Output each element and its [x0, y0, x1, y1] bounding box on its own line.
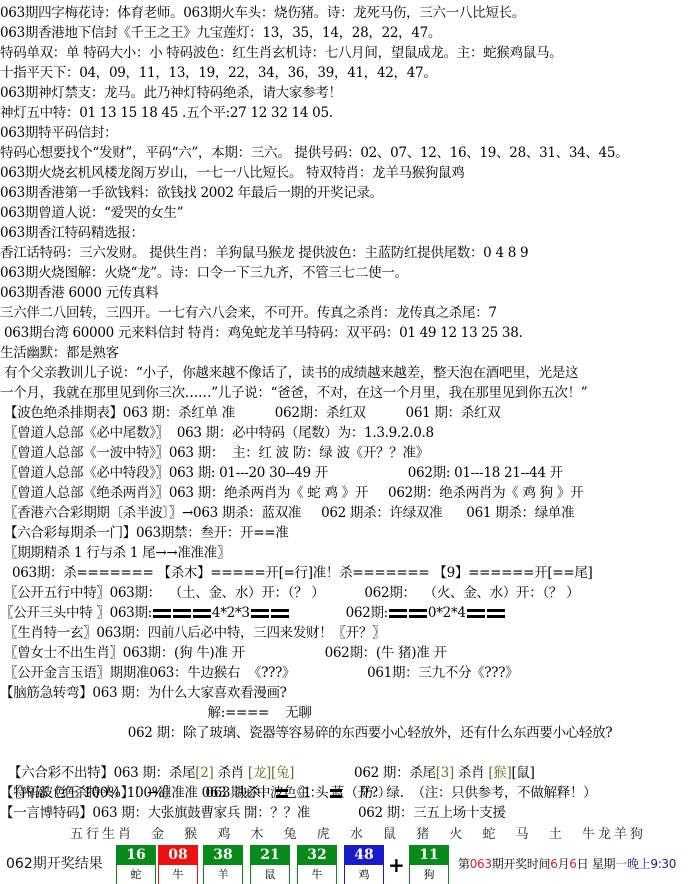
text-line: 〖曾道人总部《必中特段》〗063 期: 01---20 30--49 开 062… — [0, 463, 563, 483]
buchute-062-zodiac-1: [猴] — [488, 765, 511, 781]
ball-number: 08 — [159, 846, 197, 865]
text-line: 十指平天下：04，09，11，13，19，22，34，36，39，41，42，4… — [0, 63, 437, 83]
text-line: 特码心想要找个“发财”，平码“六”，本期：三六。 提供号码：02、07、12、1… — [0, 143, 628, 163]
black-bar-icon — [173, 609, 191, 618]
ball-zodiac: 蛇 — [117, 865, 155, 884]
result-ball: 16蛇 — [116, 845, 156, 884]
text-line: 〖公开金言玉语〗期期准063：牛边猴右 《???》 061期：三九不分《???》 — [0, 663, 518, 683]
result-ball: 11狗 — [409, 845, 449, 884]
text-line: 〖曾道人总部《必中尾数》〗 063 期：必中特码（尾数）为：1.3.9.2.0.… — [0, 423, 434, 443]
text-line: 有个父亲教训儿子说：“小子，你越来越不像话了，读书的成绩越来越差，整天泡在酒吧里… — [0, 363, 578, 383]
text-line: 063期四字梅花诗：体育老师。063期火车头：烧伤猪。诗：龙死马伤，三六一八比短… — [0, 3, 525, 23]
text-line: 063期香港第一手欲钱料：欲钱找 2002 年最后一期的开奖记录。 — [0, 183, 383, 203]
buchute-062-zodiac-label: 杀肖 — [454, 765, 488, 781]
ball-number: 11 — [410, 846, 448, 865]
text-line: 【六合彩每期杀一门】063期禁：叁开：开==准 — [0, 523, 288, 543]
next-draw-weekday: 一 — [615, 857, 627, 871]
black-bar-icon — [330, 789, 342, 798]
ball-zodiac: 羊 — [204, 865, 242, 884]
next-draw-prefix: 第 — [458, 857, 470, 871]
month-label: 月 — [558, 857, 570, 871]
text-line: 063期神灯禁支：龙马。此乃神灯特码绝杀，请大家参考！ — [0, 83, 342, 103]
ball-number: 38 — [204, 846, 242, 865]
black-bar-icon — [276, 789, 288, 798]
next-draw-info: 第063期开奖时间6月6日 星期一晚上9:30 — [458, 855, 676, 872]
black-bar-icon — [389, 609, 407, 618]
next-draw-time-label: 期开奖时间 — [492, 857, 551, 871]
black-bar-icon — [271, 609, 289, 618]
black-bar-icon — [409, 609, 427, 618]
text-line: 解:==== 无聊 — [0, 703, 311, 723]
sanshou-062-value: 0*2*4 — [428, 605, 466, 621]
text-line: 063期曾道人说：“爱哭的女生” — [0, 203, 183, 223]
text-line: 063期特平码信封： — [0, 123, 117, 143]
text-line: 〖曾道人总部《绝杀两肖》〗063 期：绝杀两肖为《 蛇 鸡 》开 062期：绝杀… — [0, 483, 583, 503]
text-line: 063期香港地下信封《千王之王》九宝莲灯：13，35，14，28，22，47。 — [0, 23, 441, 43]
sanshou-062-label: 062期: — [290, 605, 388, 621]
line-neibu: 〖内部（绝杀特头）100%〗 063 决杀：《1 头（开?） — [0, 763, 391, 803]
weekday-label: 日 星期 — [577, 857, 616, 871]
next-draw-period: 063 — [470, 857, 492, 871]
text-line: 〖期期精杀 1 行与杀 1 尾→→准准准〗 — [0, 543, 230, 563]
plus-icon: + — [388, 853, 405, 877]
result-ball: 08牛 — [158, 845, 198, 884]
buchute-062-zodiac-2: [鼠] — [511, 765, 534, 781]
draw-results-bar: 062期开奖结果 16蛇08牛38羊21鼠32牛48鸡11狗 + 第063期开奖… — [0, 841, 688, 884]
text-line: 〖公开五行中特〗063期： （土、金、水）开：（？ ） 062期： （火、金、水… — [0, 583, 579, 603]
text-line: 063期火烧图解：火烧“龙”。诗：口令一下三九齐，不管三七二使一。 — [0, 263, 408, 283]
next-draw-day: 6 — [569, 857, 576, 871]
text-line: 神灯五中特：01 13 15 18 45 .五个平:27 12 32 14 05… — [0, 103, 333, 123]
text-line: 063期火烧玄机风楼龙阁万岁山，一七一八比短长。 特双特肖：龙羊马猴狗鼠鸡 — [0, 163, 464, 183]
result-ball: 48鸡 — [344, 845, 384, 884]
ball-number: 21 — [251, 846, 289, 865]
neibu-head: 《1 头 — [290, 785, 329, 801]
text-line: 063期香港 6000 元传真料 — [0, 283, 158, 303]
text-line: 063期香江特码精选报： — [0, 223, 144, 243]
results-title: 062期开奖结果 — [6, 853, 103, 873]
ball-zodiac: 鸡 — [345, 865, 383, 884]
neibu-label: 〖内部（绝杀特头）100%〗 063 决杀： — [8, 785, 274, 801]
article-content: 063期开奖日期为 2016 年 06 月 06 日（星期一）如有改变， ?另行… — [0, 0, 688, 840]
line-sanshou: 〖公开三头中特 〗063期:4*2*3 062期:0*2*4 — [0, 603, 506, 623]
result-ball: 21鼠 — [250, 845, 290, 884]
text-line: 〖曾道人总部《一波中特》〗063 期： 主：红 波 防：绿 波《开？？准》 — [0, 443, 429, 463]
text-line: 生活幽默：都是熟客 — [0, 343, 119, 363]
text-line: 三六伴二八回转，三四开。一七有六八会来，不可开。传真之杀肖：龙传真之杀尾：7 — [0, 303, 497, 323]
black-bar-icon — [153, 609, 171, 618]
black-bar-icon — [193, 609, 211, 618]
ball-zodiac: 狗 — [410, 865, 448, 884]
black-bar-icon — [251, 609, 269, 618]
black-bar-icon — [487, 609, 505, 618]
text-line: 062 期：除了玻璃、瓷器等容易碎的东西要小心轻放外，还有什么东西要小心轻放? — [0, 723, 612, 743]
next-draw-month: 6 — [550, 857, 557, 871]
wuxing-zodiac-row-cut: 五行生肖 金 猴 鸡 木 兔 虎 水 鼠 猪 火 蛇 马 土 牛龙羊狗 — [70, 828, 646, 842]
text-line: 一个月，我就在那里见到你三次……”儿子说：“爸爸，不对，在这一个月里，我在那里见… — [0, 383, 587, 403]
text-line: 香江话特码：三六发财。 提供生肖：羊狗鼠马猴龙 提供波色：主蓝防红提供尾数：0 … — [0, 243, 528, 263]
ball-zodiac: 牛 — [298, 865, 336, 884]
text-line: 063期：杀======= 【杀木】=====开[=行]准！杀======= 【… — [0, 563, 593, 583]
result-ball: 32牛 — [297, 845, 337, 884]
sanshou-063-value: 4*2*3 — [212, 605, 250, 621]
sanshou-prefix: 〖公开三头中特 〗063期: — [0, 605, 152, 621]
text-line: 063期台湾 60000 元来料信封 特肖：鸡兔蛇龙羊马特码：双平码：01 49… — [0, 323, 523, 343]
ball-zodiac: 牛 — [159, 865, 197, 884]
neibu-open: （开?） — [344, 785, 391, 801]
text-line: 〖曾女士不出生肖〗063期：(狗 牛)准 开 062期：(牛 猪)准 开 — [0, 643, 447, 663]
ball-zodiac: 鼠 — [251, 865, 289, 884]
buchute-062-tail: [3] — [436, 765, 454, 781]
ball-number: 32 — [298, 846, 336, 865]
result-ball: 38羊 — [203, 845, 243, 884]
ball-number: 48 — [345, 846, 383, 865]
ball-number: 16 — [117, 846, 155, 865]
next-draw-time: 晚上9:30 — [627, 857, 676, 871]
black-bar-icon — [467, 609, 485, 618]
text-line: 【脑筋急转弯】063 期：为什么大家喜欢看漫画? — [0, 683, 287, 703]
text-line: 【一言博特码】063 期：大张旗鼓曹家兵 開：？？准 062 期：三五上场十支援 — [0, 803, 506, 823]
text-line: 特码单双：单 特码大小：小 特码波色：红生肖玄机诗：七八月间，望鼠成龙。主：蛇猴… — [0, 43, 562, 63]
text-line: 【波色绝杀排期表】063 期：杀红单 准 062期：杀红双 061 期：杀红双 — [0, 403, 500, 423]
text-line: 〖生肖特一玄〗063期：四前八后必中特，三四来发财！〖开？〗 — [0, 623, 385, 643]
text-line: 〖香港六合彩期期〔杀半波〕〗→063 期杀：蓝双准 062 期杀：许绿双准 06… — [0, 503, 574, 523]
